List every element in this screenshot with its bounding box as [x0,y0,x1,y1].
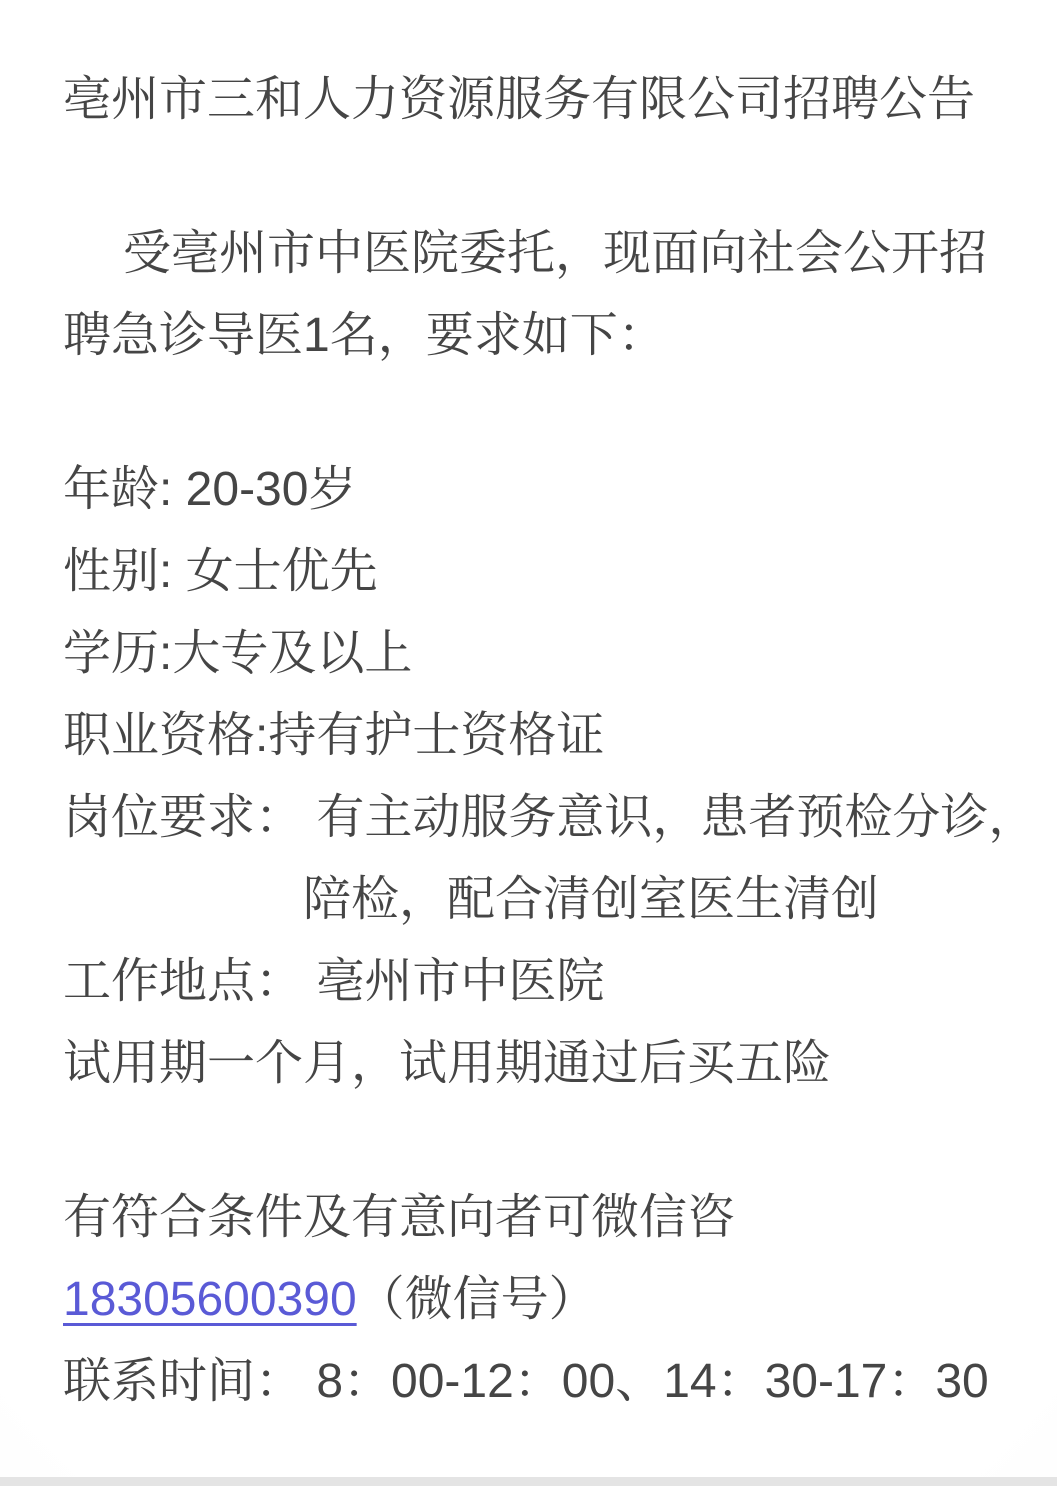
page-title: 亳州市三和人力资源服务有限公司招聘公告 [63,59,1002,141]
phone-link[interactable]: 18305600390 [63,1273,357,1326]
requirement-qualification: 职业资格:持有护士资格证 [63,695,1002,777]
requirement-probation: 试用期一个月，试用期通过后买五险 [63,1023,1002,1105]
contact-hours: 联系时间： 8：00-12：00、14：30-17：30 [63,1341,1002,1423]
requirement-education: 学历:大专及以上 [63,613,1002,695]
phone-note: （微信号） [357,1273,597,1326]
requirement-age: 年龄: 20-30岁 [63,449,1002,531]
bottom-edge-strip [0,1477,1057,1486]
intro-line-1: 受亳州市中医院委托，现面向社会公开招 [63,213,1002,295]
intro-line-2: 聘急诊导医1名，要求如下： [63,295,1002,377]
blank-line [63,1105,1002,1177]
blank-line [63,141,1002,213]
contact-phone-line: 18305600390（微信号） [63,1259,1002,1341]
requirement-location: 工作地点： 亳州市中医院 [63,941,1002,1023]
requirement-job-duty-line-2: 陪检，配合清创室医生清创 [63,859,1002,941]
requirement-job-duty-line-1: 岗位要求： 有主动服务意识，患者预检分诊， [63,777,1002,859]
requirement-gender: 性别: 女士优先 [63,531,1002,613]
contact-lead: 有符合条件及有意向者可微信咨 [63,1177,1002,1259]
announcement-page: 亳州市三和人力资源服务有限公司招聘公告 受亳州市中医院委托，现面向社会公开招 聘… [0,0,1057,1486]
blank-line [63,377,1002,449]
